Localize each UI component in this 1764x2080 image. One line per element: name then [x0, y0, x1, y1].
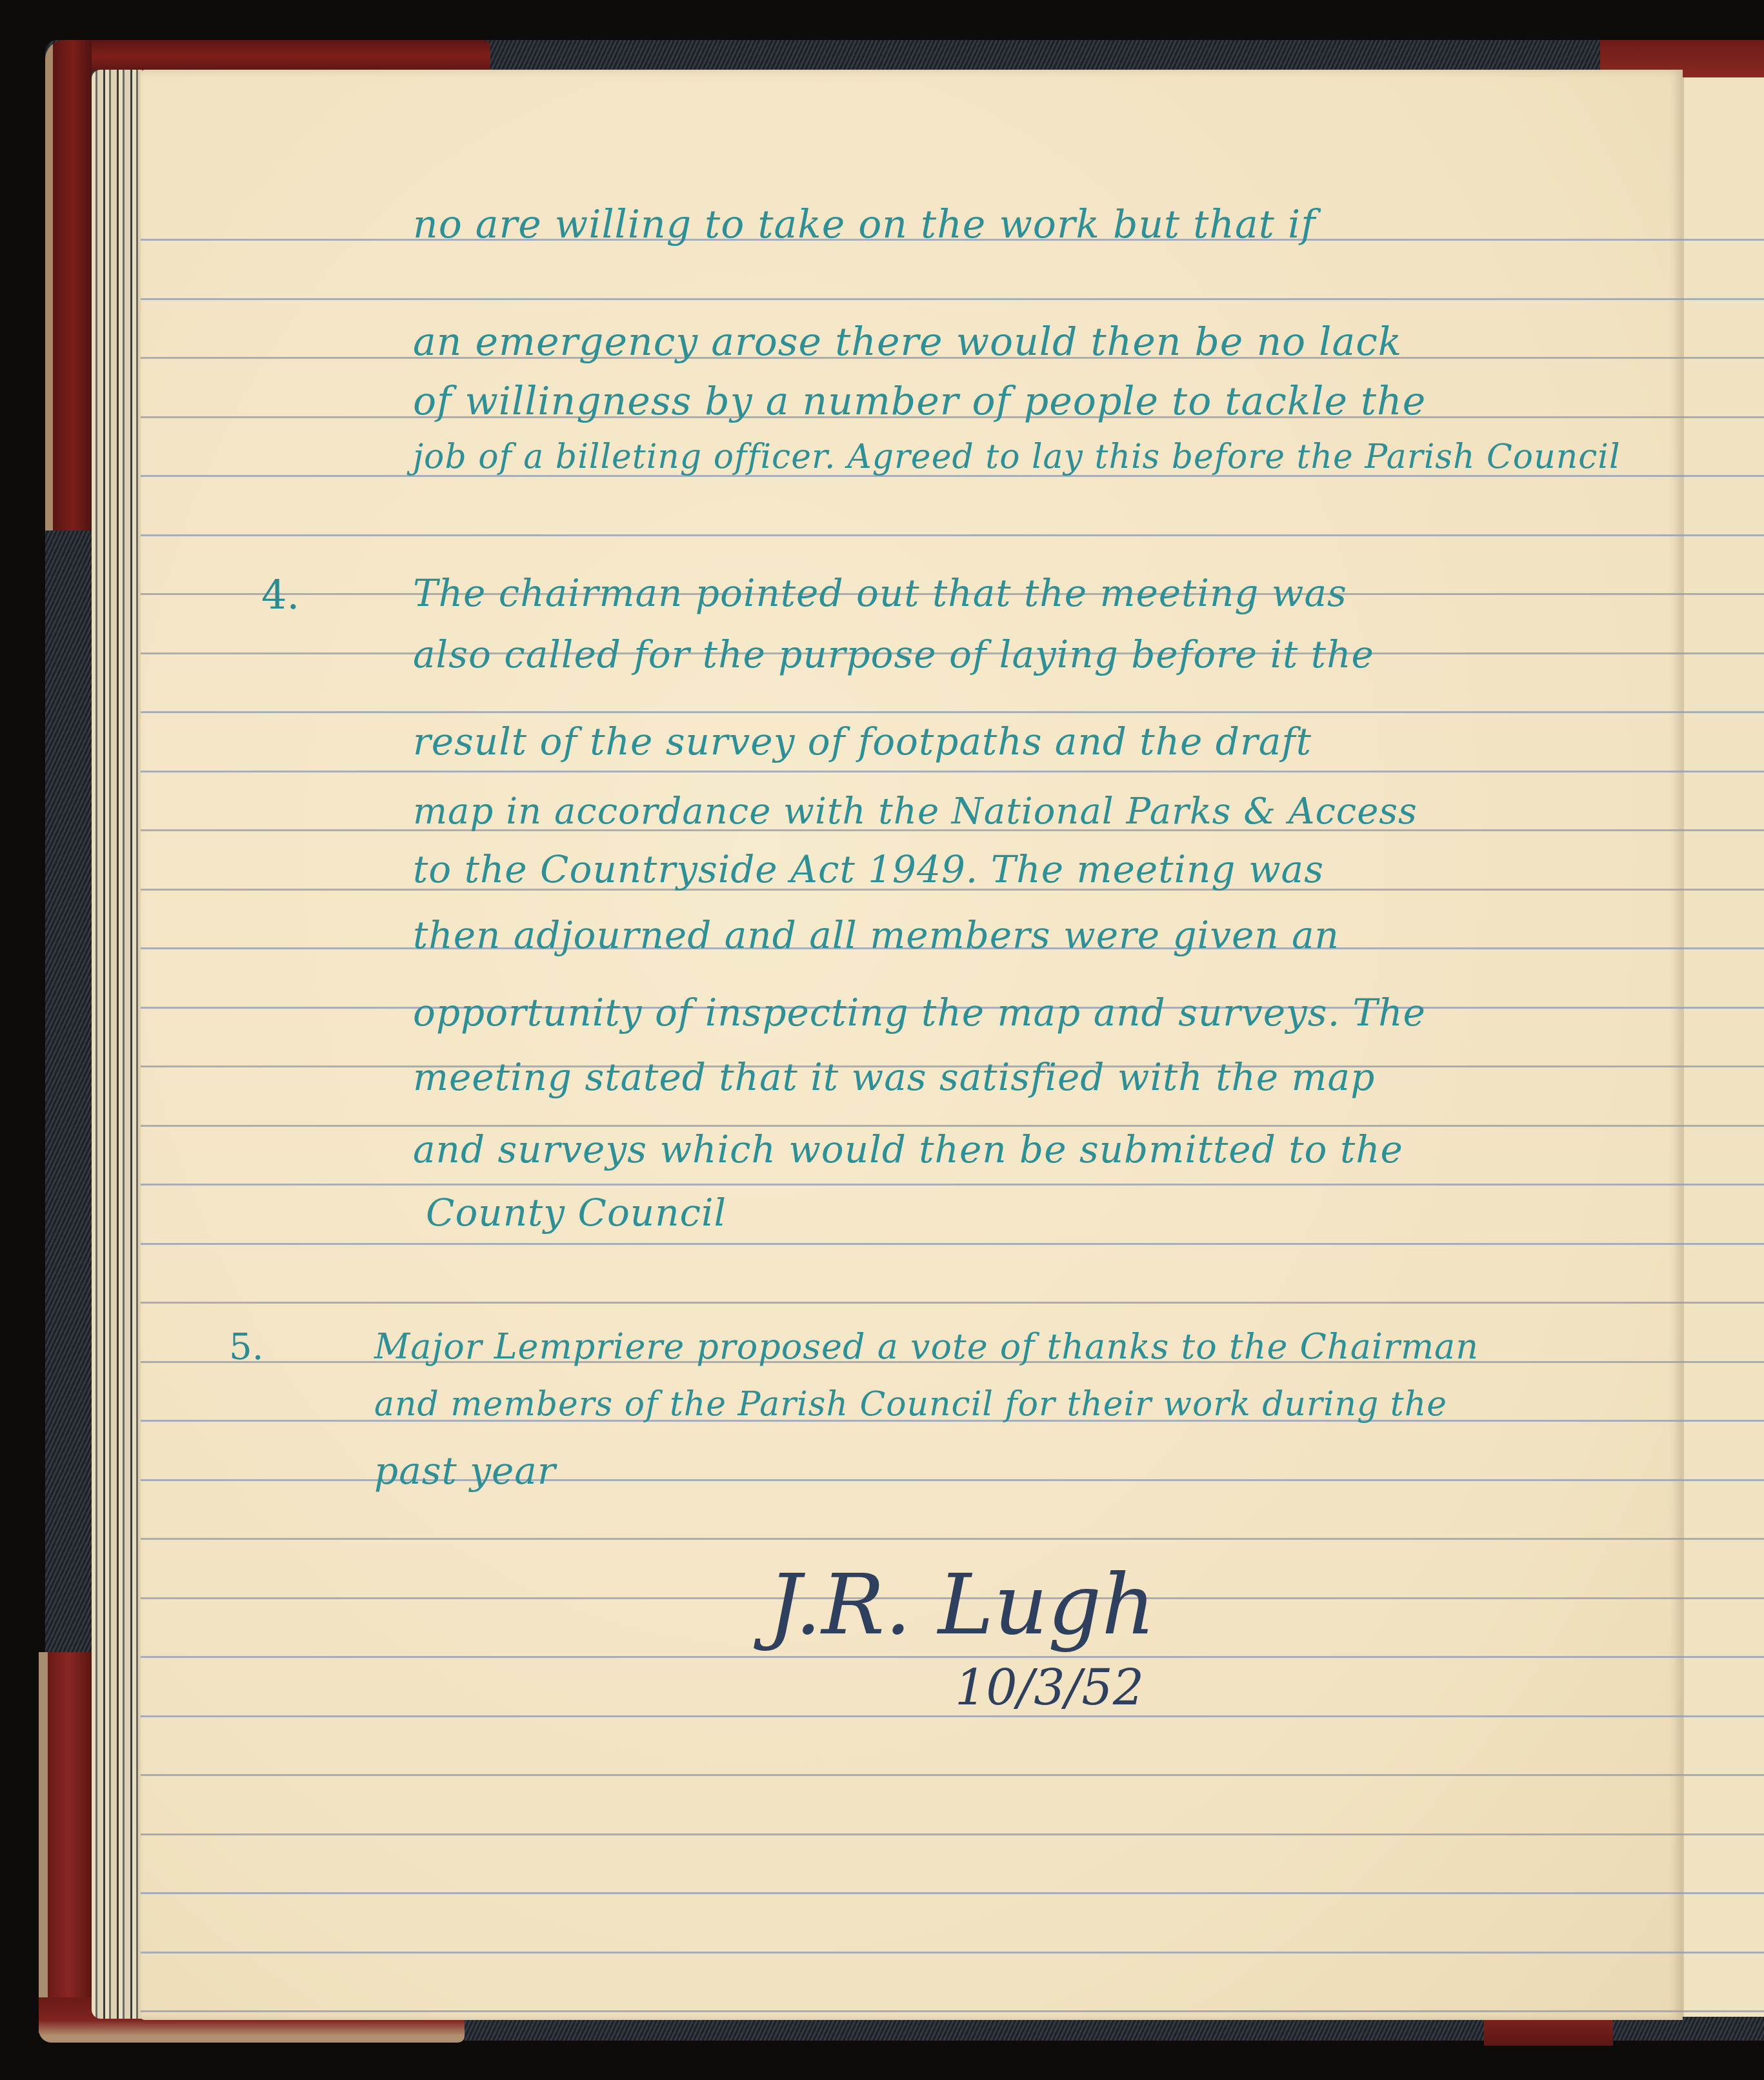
handwritten-line: and surveys which would then be submitte…	[413, 1131, 1403, 1168]
ruled-line	[141, 1243, 1764, 1245]
leather-corner-bottom-right	[1484, 2020, 1613, 2046]
handwritten-line: map in accordance with the National Park…	[413, 794, 1418, 830]
item-number: 5.	[229, 1326, 263, 1368]
leather-spine-top	[45, 40, 92, 530]
ruled-line	[141, 1833, 1764, 1835]
ruled-line	[141, 1538, 1764, 1540]
handwritten-line: of willingness by a number of people to …	[413, 382, 1426, 421]
item-number: 4.	[261, 571, 299, 618]
page-stack-edges	[92, 70, 142, 2019]
handwritten-line: an emergency arose there would then be n…	[413, 323, 1402, 361]
ruled-line	[141, 534, 1764, 536]
ruled-line	[141, 771, 1764, 772]
signature: J.R. Lugh	[768, 1555, 1156, 1653]
handwritten-line: County Council	[426, 1194, 727, 1231]
ruled-line	[141, 1715, 1764, 1717]
handwritten-line: job of a billeting officer. Agreed to la…	[413, 440, 1621, 474]
handwritten-line: no are willing to take on the work but t…	[413, 205, 1316, 244]
ruled-line	[141, 1184, 1764, 1186]
ruled-line	[141, 1892, 1764, 1894]
leather-spine-bottom	[39, 1652, 94, 2033]
handwritten-line: and members of the Parish Council for th…	[374, 1388, 1447, 1421]
leather-corner-top-left	[45, 40, 490, 71]
signature-date: 10/3/52	[955, 1659, 1144, 1716]
ruled-line	[141, 1125, 1764, 1127]
handwritten-line: to the Countryside Act 1949. The meeting…	[413, 851, 1324, 888]
handwritten-line: past year	[374, 1452, 556, 1489]
handwritten-line: then adjourned and all members were give…	[413, 916, 1339, 954]
handwritten-line: The chairman pointed out that the meetin…	[413, 574, 1347, 612]
ruled-line	[141, 1774, 1764, 1776]
ruled-line	[141, 1952, 1764, 1954]
ruled-line	[141, 1656, 1764, 1658]
handwritten-line: also called for the purpose of laying be…	[413, 636, 1374, 673]
handwritten-line: Major Lempriere proposed a vote of thank…	[374, 1329, 1479, 1364]
ruled-line	[141, 711, 1764, 713]
handwritten-line: result of the survey of footpaths and th…	[413, 723, 1312, 760]
handwritten-line: opportunity of inspecting the map and su…	[413, 994, 1426, 1031]
ruled-line	[141, 1302, 1764, 1304]
ruled-line	[141, 2010, 1764, 2012]
handwritten-line: meeting stated that it was satisfied wit…	[413, 1058, 1375, 1096]
next-page-edge	[1683, 77, 1764, 2017]
ruled-line	[141, 298, 1764, 300]
